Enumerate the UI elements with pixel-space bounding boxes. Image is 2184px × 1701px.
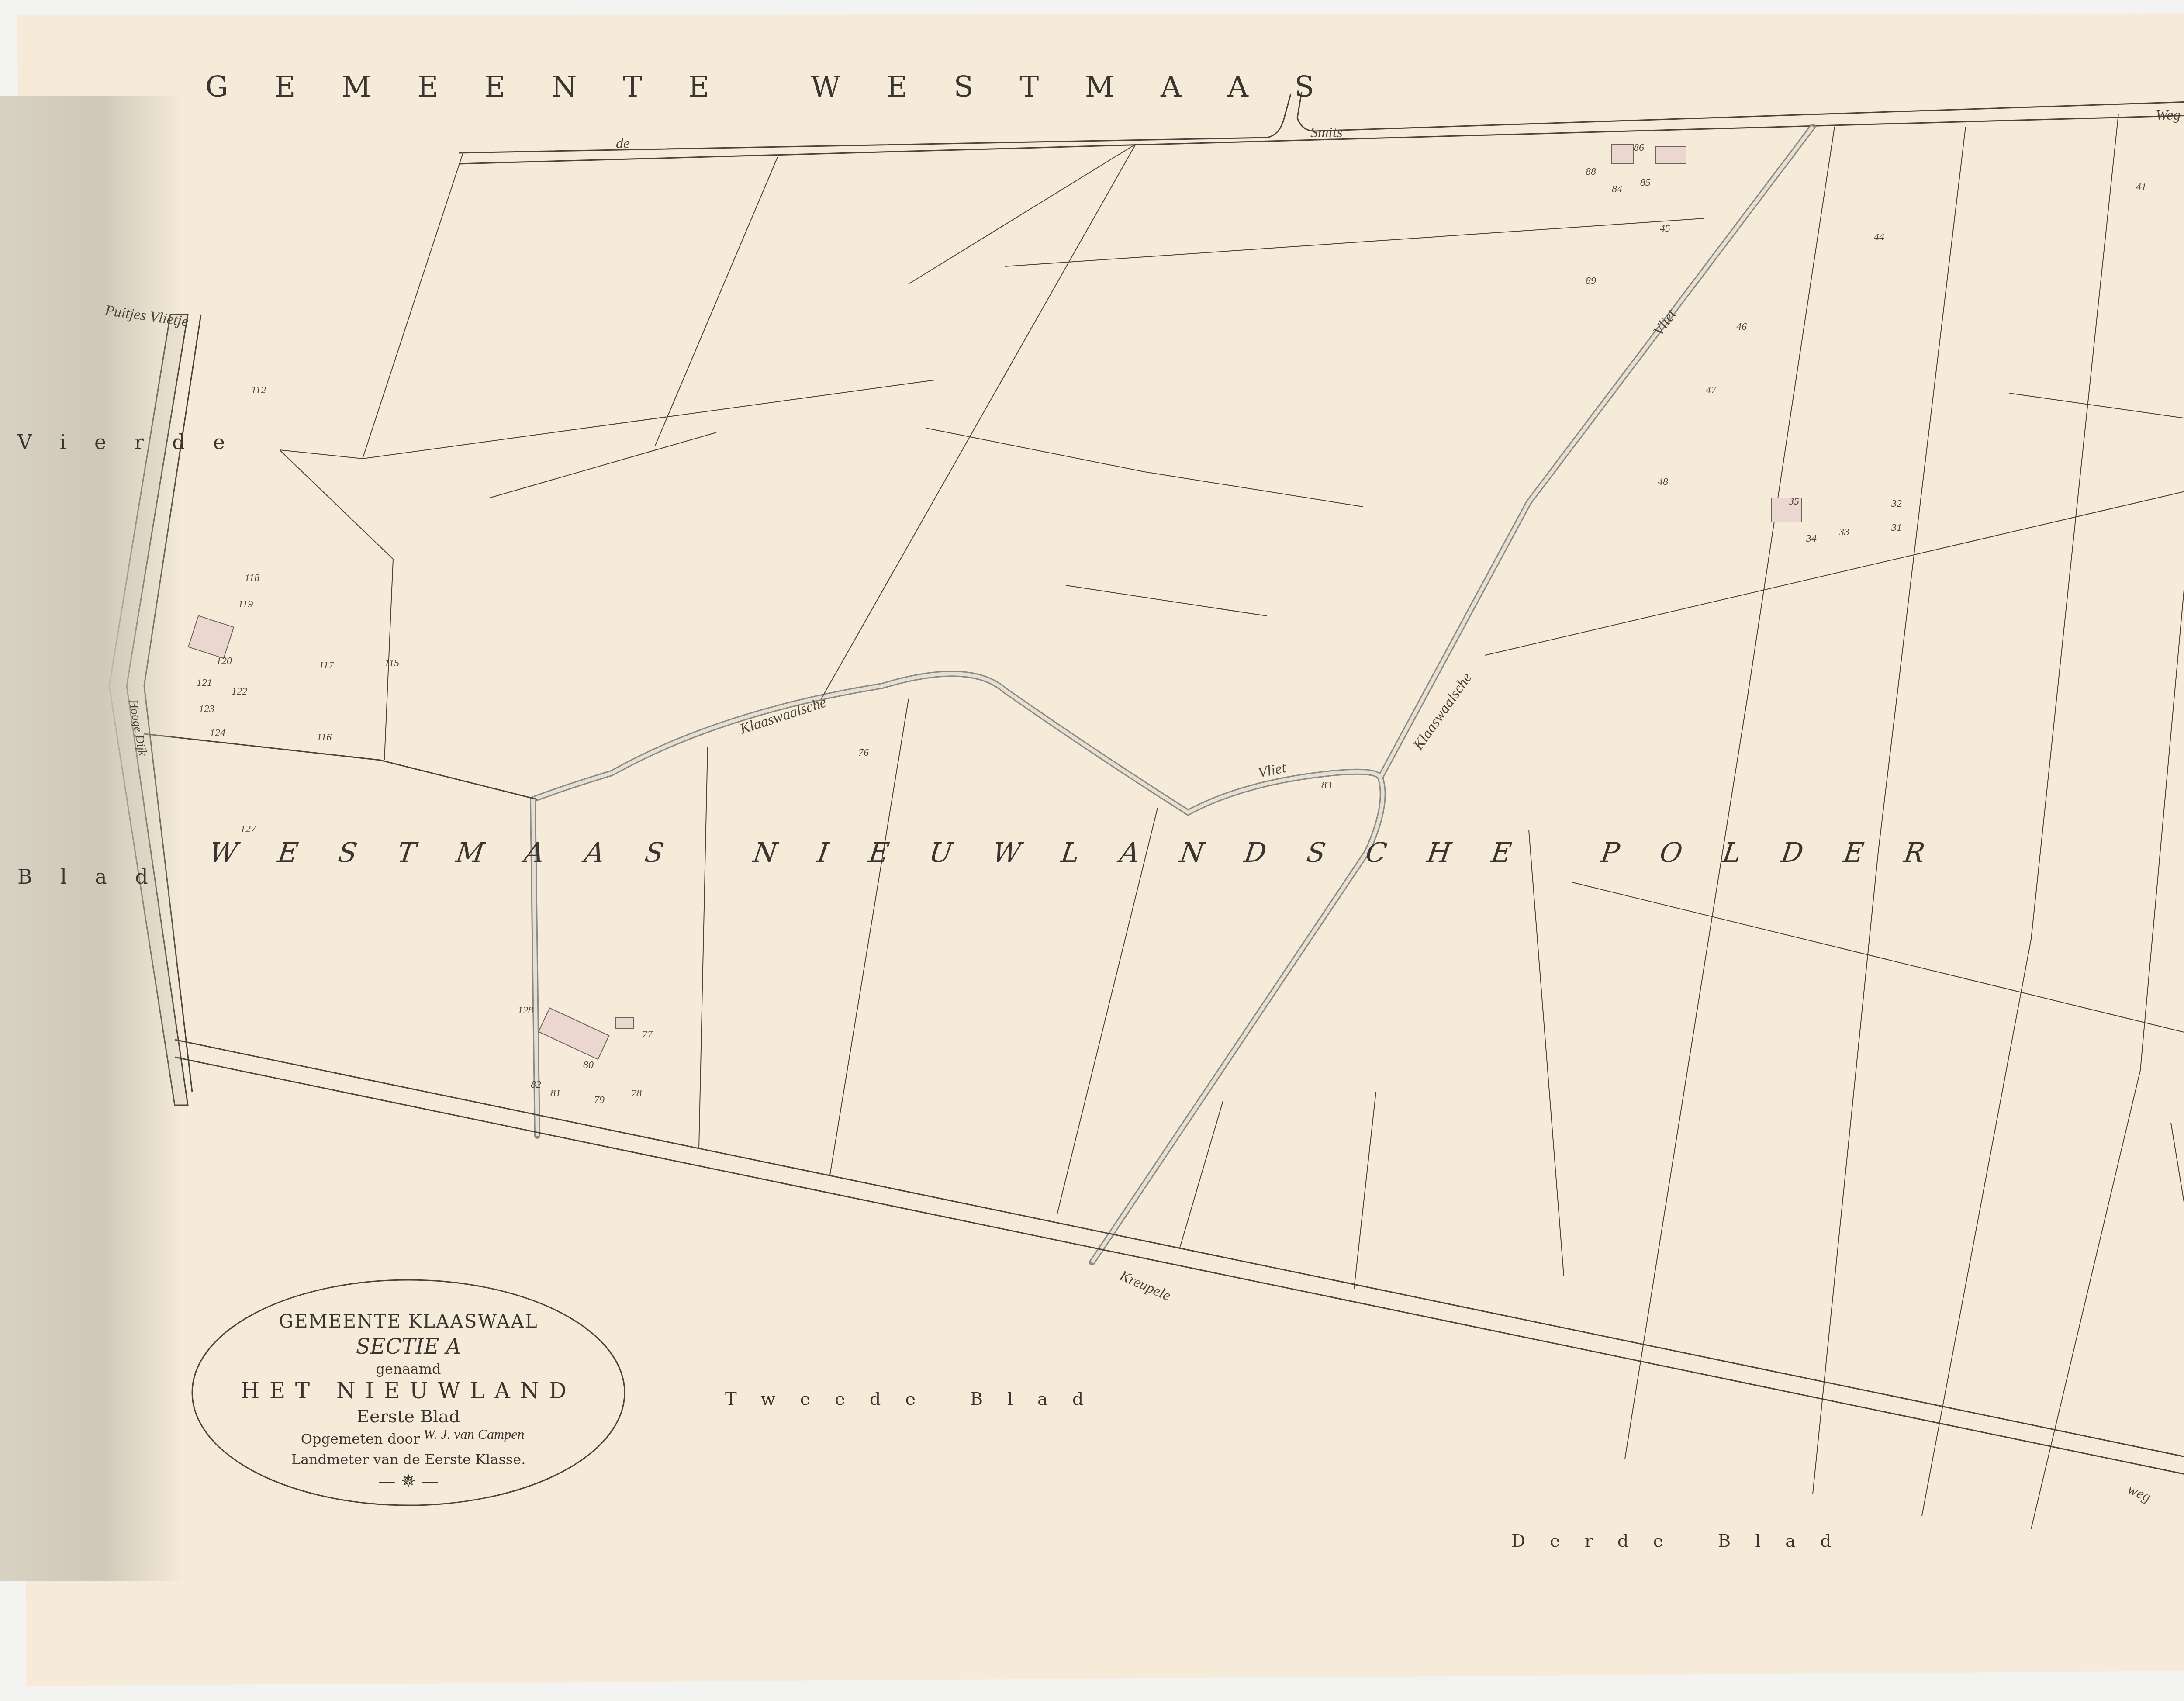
parcel-number: 84 <box>1612 183 1622 195</box>
road-label: Weg <box>2156 107 2181 124</box>
parcel-number: 47 <box>1706 384 1716 396</box>
parcel-number: 83 <box>1321 780 1332 792</box>
parcel-number: 88 <box>1586 166 1596 178</box>
cartouche-sheet: Eerste Blad <box>192 1407 625 1427</box>
parcel-number: 118 <box>245 572 259 584</box>
title-cartouche: GEMEENTE KLAASWAAL SECTIE A genaamd HET … <box>192 1280 625 1505</box>
parcel-number: 86 <box>1634 142 1644 154</box>
parcel-number: 122 <box>232 686 247 698</box>
compass-ornament-icon: — ✵ — <box>192 1471 625 1491</box>
border-label-left-top: Vierde <box>17 430 253 454</box>
border-label-bottom-right: Derde Blad <box>1511 1531 1856 1551</box>
parcel-number: 76 <box>858 747 869 759</box>
parcel-number: 115 <box>384 657 399 669</box>
parcel-number: 31 <box>1891 522 1902 534</box>
border-label-left-bottom: Blad <box>17 865 176 889</box>
cartouche-named: genaamd <box>192 1361 625 1377</box>
parcel-number: 121 <box>197 677 212 689</box>
parcel-number: 89 <box>1586 275 1596 287</box>
road-label: Smits <box>1310 124 1343 141</box>
parcel-number: 77 <box>642 1029 653 1041</box>
parcel-number: 45 <box>1660 223 1670 235</box>
surveyor-signature: W. J. van Campen <box>192 1426 625 1442</box>
parcel-number: 81 <box>550 1088 561 1099</box>
cartouche-municipality: GEMEENTE KLAASWAAL <box>192 1310 625 1332</box>
parcel-number: 112 <box>251 384 266 396</box>
parcel-number: 48 <box>1658 476 1668 488</box>
parcel-number: 34 <box>1806 533 1817 545</box>
parcel-number: 80 <box>583 1059 594 1071</box>
parcel-number: 127 <box>240 823 256 835</box>
map-sheet: GEMEENTE WESTMAAS GEMEENTE WESTMAAS Vier… <box>0 0 2184 1701</box>
parcel-number: 120 <box>216 655 232 667</box>
cartouche-section: SECTIE A <box>192 1335 625 1359</box>
area-label-polder: WESTMAAS NIEUWLANDSCHE POLDER <box>207 837 1967 868</box>
parcel-number: 82 <box>531 1079 541 1091</box>
road-label: de <box>616 135 630 152</box>
parcel-number: 117 <box>319 660 334 671</box>
parcel-number: 128 <box>518 1005 533 1016</box>
border-label-top: GEMEENTE WESTMAAS <box>205 70 1360 104</box>
parcel-number: 32 <box>1891 498 1902 510</box>
cartouche-surveyor-title: Landmeter van de Eerste Klasse. <box>192 1451 625 1468</box>
border-label-bottom-middle: Tweede Blad <box>725 1389 1108 1409</box>
parcel-number: 33 <box>1839 526 1849 538</box>
parcel-number: 124 <box>210 727 225 739</box>
parcel-number: 116 <box>317 732 332 743</box>
parcel-number: 123 <box>199 703 214 715</box>
parcel-number: 79 <box>594 1094 605 1106</box>
parcel-number: 85 <box>1640 177 1651 189</box>
parcel-number: 41 <box>2136 181 2146 193</box>
parcel-number: 46 <box>1736 321 1747 333</box>
parcel-number: 78 <box>631 1088 642 1099</box>
parcel-number: 44 <box>1874 232 1884 243</box>
cartouche-section-name: HET NIEUWLAND <box>192 1378 625 1404</box>
parcel-number: 119 <box>238 598 253 610</box>
parcel-number: 35 <box>1789 496 1799 508</box>
